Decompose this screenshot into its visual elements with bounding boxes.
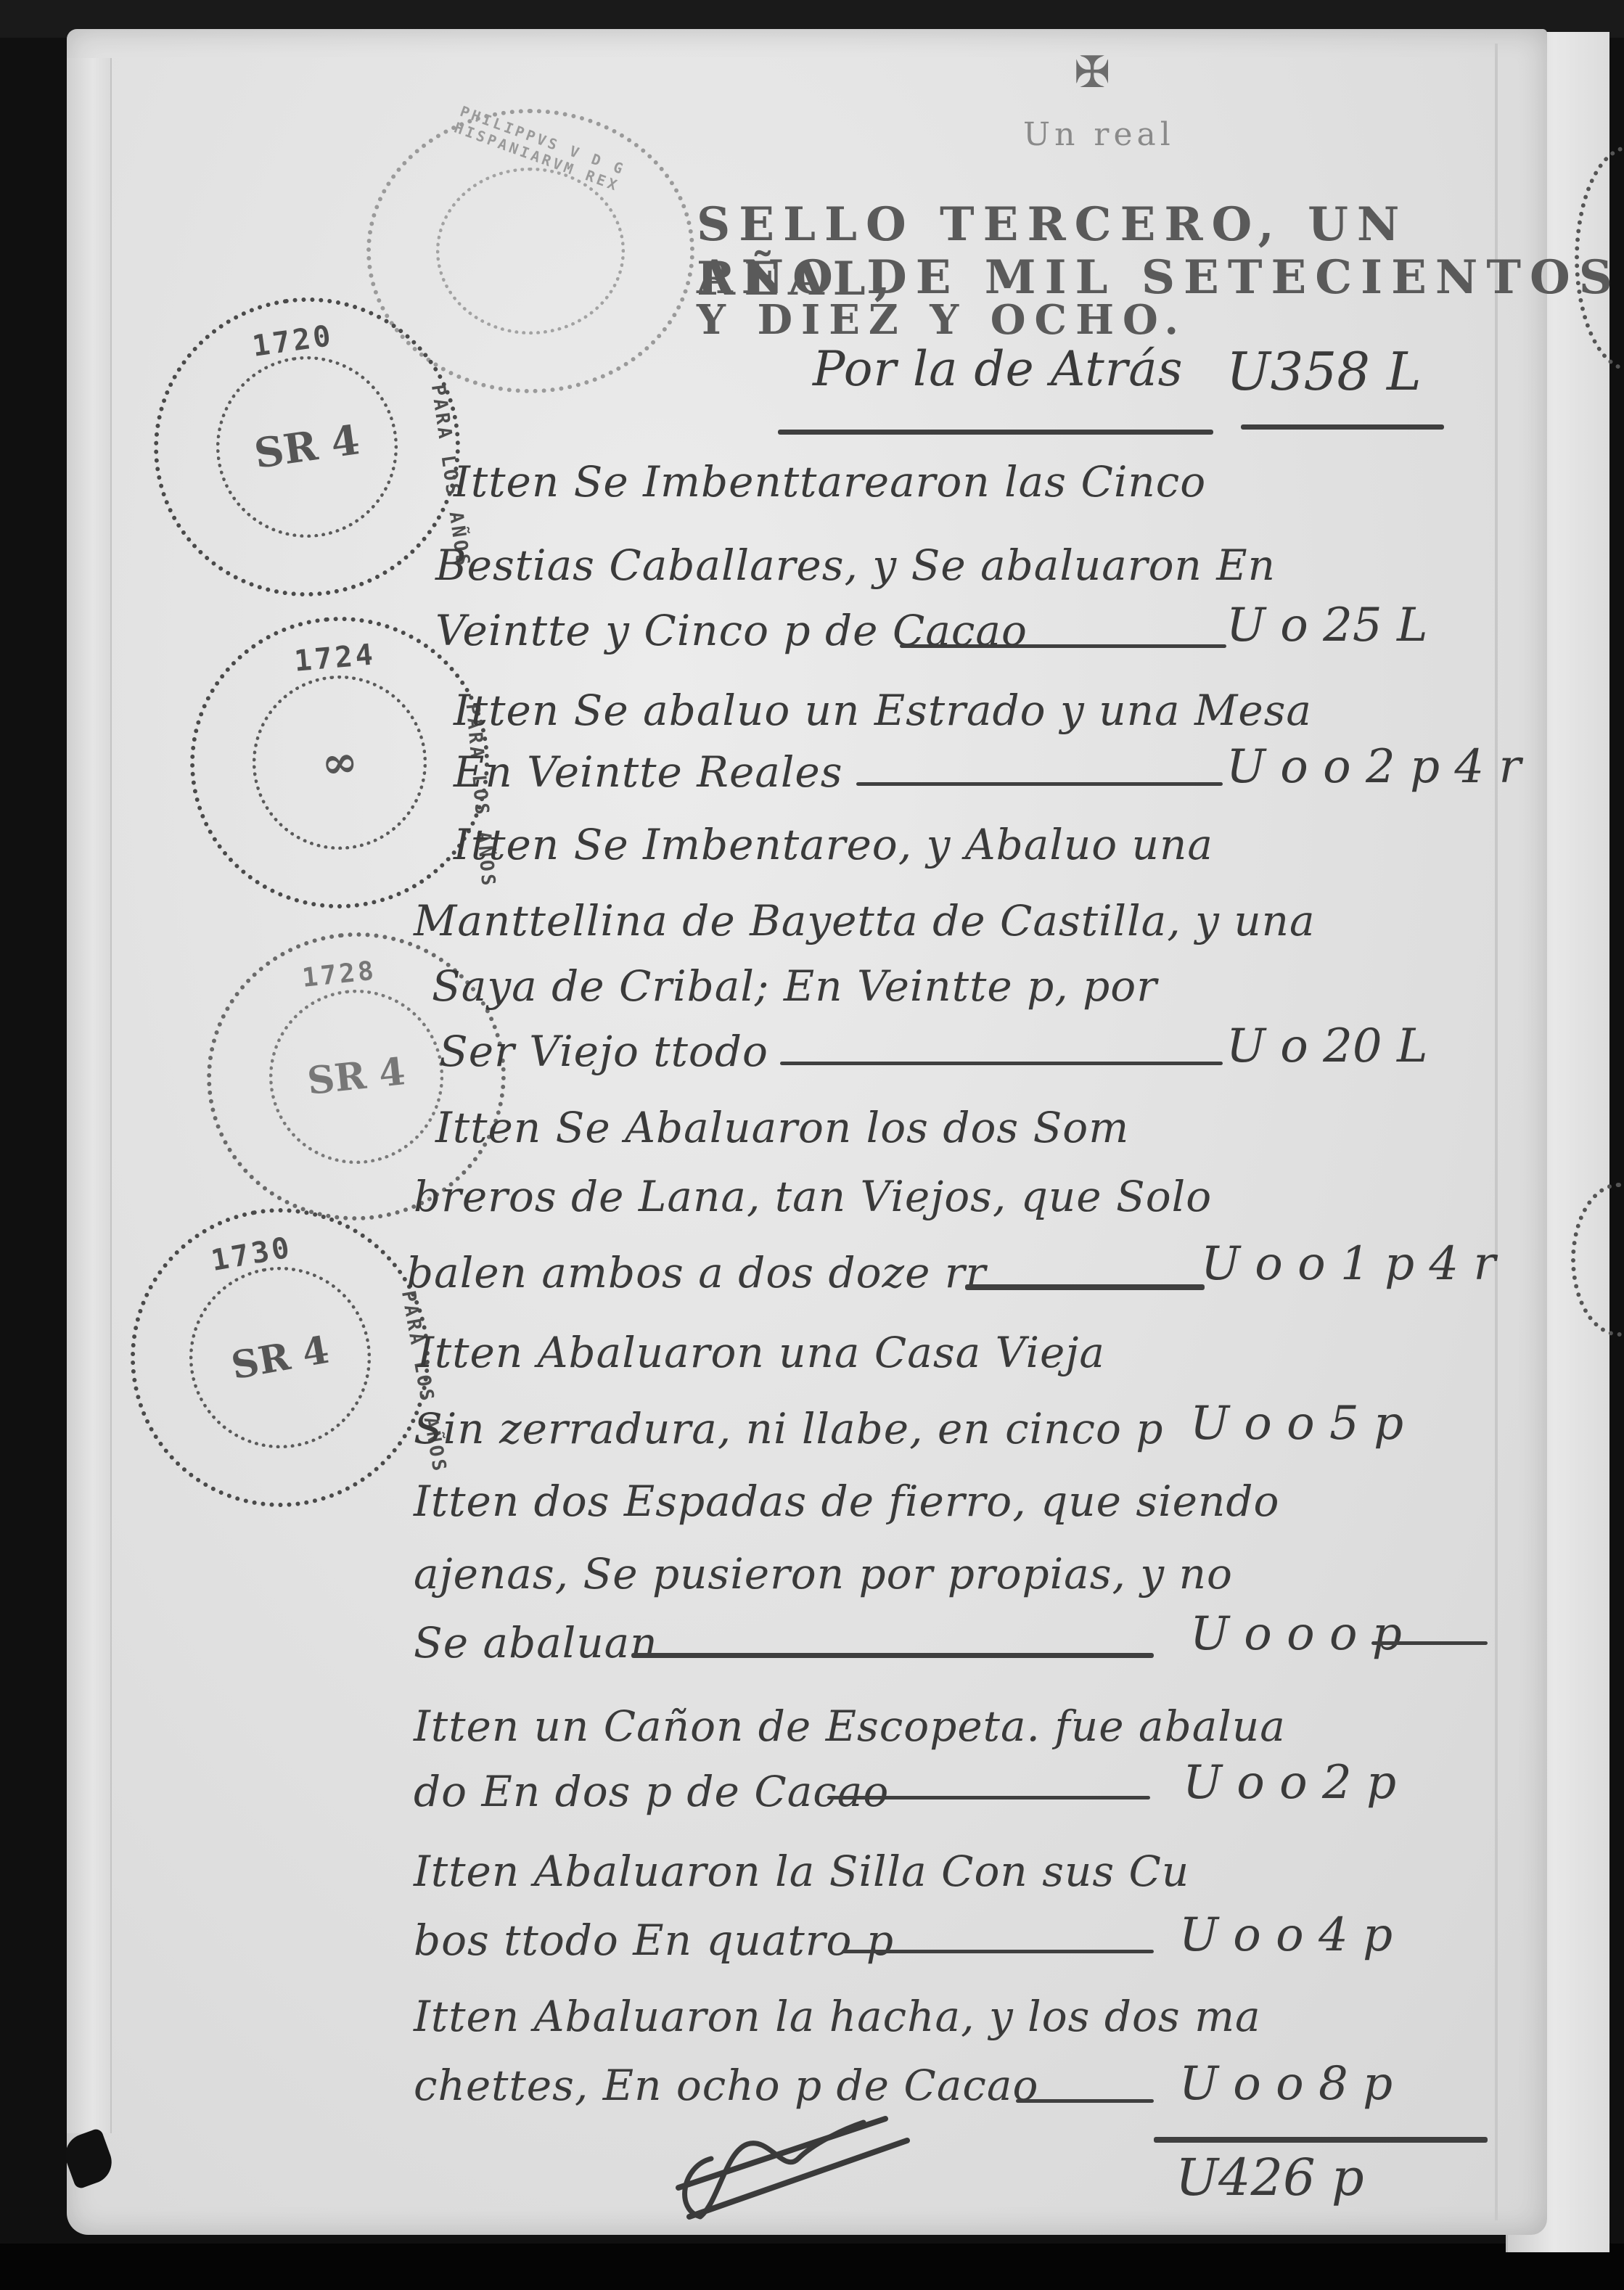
total-rule [1154, 2137, 1488, 2143]
entry-4-line-2: breros de Lana, tan Viejos, que Solo [414, 1172, 1212, 1221]
carry-forward-rule [778, 430, 1213, 435]
entry-8-amount: U o o 4 p [1179, 1908, 1393, 1962]
entry-3-line-2: Manttellina de Bayetta de Castilla, y un… [414, 896, 1316, 945]
entry-3-rule [780, 1062, 1223, 1065]
entry-6-rule [631, 1653, 1154, 1658]
entry-5-line-2: Sin zerradura, ni llabe, en cinco p [414, 1404, 1163, 1453]
carry-forward-amount-rule [1241, 424, 1444, 430]
stamp-year: 1728 [300, 956, 377, 993]
total-amount: U426 p [1176, 2148, 1364, 2207]
scanner-bottom-band [0, 2244, 1624, 2290]
entry-1-rule [900, 644, 1226, 648]
entry-1-amount: U o 25 L [1226, 599, 1427, 652]
rubric-signature-icon [668, 2108, 972, 2224]
top-denomination-note: Un real [1023, 116, 1175, 153]
stamp-center: SR 4 [261, 981, 452, 1173]
entry-4-amount: U o o 1 p 4 r [1201, 1237, 1496, 1291]
entry-6-line-3: Se abaluan [414, 1618, 658, 1667]
entry-4-line-1: Itten Se Abaluaron los dos Som [435, 1103, 1129, 1152]
entry-2-amount: U o o 2 p 4 r [1226, 740, 1521, 794]
entry-8-line-2: bos ttodo En quatro p [414, 1916, 894, 1965]
entry-1-line-1: Itten Se Imbenttarearon las Cinco [454, 457, 1206, 506]
entry-9-rule [1016, 2099, 1154, 2103]
entry-3-line-3: Saya de Cribal; En Veintte p, por [432, 961, 1157, 1011]
entry-4-line-3: balen ambos a dos doze rr [406, 1248, 986, 1297]
entry-7-line-2: do En dos p de Cacao [414, 1767, 889, 1816]
entry-6-line-2: ajenas, Se pusieron por propias, y no [414, 1549, 1233, 1599]
page-fold [1495, 44, 1498, 2220]
entry-6-amount: U o o o p [1190, 1607, 1402, 1661]
royal-seal-inner [436, 168, 625, 335]
entry-7-line-1: Itten un Cañon de Escopeta. fue abalua [414, 1702, 1286, 1751]
entry-3-line-1: Itten Se Imbentareo, y Abaluo una [454, 820, 1213, 869]
entry-3-line-4: Ser Viejo ttodo [439, 1027, 768, 1076]
entry-9-line-2: chettes, En ocho p de Cacao [414, 2061, 1038, 2110]
entry-9-line-1: Itten Abaluaron la hacha, y los dos ma [414, 1992, 1261, 2041]
stamp-center: SR 4 [175, 1252, 385, 1463]
entry-8-line-1: Itten Abaluaron la Silla Con sus Cu [414, 1847, 1189, 1896]
entry-5-line-1: Itten Abaluaron una Casa Vieja [417, 1328, 1105, 1377]
printed-header-line-3: Y DIEZ Y OCHO. [697, 296, 1187, 344]
stamp-center: ∞ [245, 668, 434, 857]
entry-2-rule [856, 782, 1223, 786]
entry-3-amount: U o 20 L [1226, 1019, 1427, 1073]
entry-7-rule [827, 1796, 1150, 1799]
carry-forward-amount: U358 L [1226, 341, 1422, 402]
carry-forward-label: Por la de Atrás [813, 341, 1184, 397]
entry-7-amount: U o o 2 p [1183, 1756, 1396, 1810]
entry-6-amount-rule [1371, 1641, 1488, 1645]
entry-6-line-1: Itten dos Espadas de fierro, que siendo [414, 1477, 1279, 1526]
stamp-center: SR 4 [205, 345, 409, 549]
entry-9-amount: U o o 8 p [1179, 2057, 1393, 2111]
entry-8-rule [842, 1950, 1154, 1953]
entry-2-line-2: En Veintte Reales [454, 747, 843, 797]
cross-mark-icon: ✠ [1074, 47, 1110, 98]
stamp-year: 1720 [250, 319, 336, 364]
entry-1-line-2: Bestias Caballares, y Se abaluaron En [435, 541, 1276, 590]
page-stack-edge [67, 58, 112, 2133]
stamp-year: 1724 [293, 638, 377, 678]
entry-4-rule [965, 1284, 1205, 1290]
entry-2-line-1: Itten Se abaluo un Estrado y una Mesa [454, 686, 1312, 735]
entry-5-amount: U o o 5 p [1190, 1397, 1403, 1450]
